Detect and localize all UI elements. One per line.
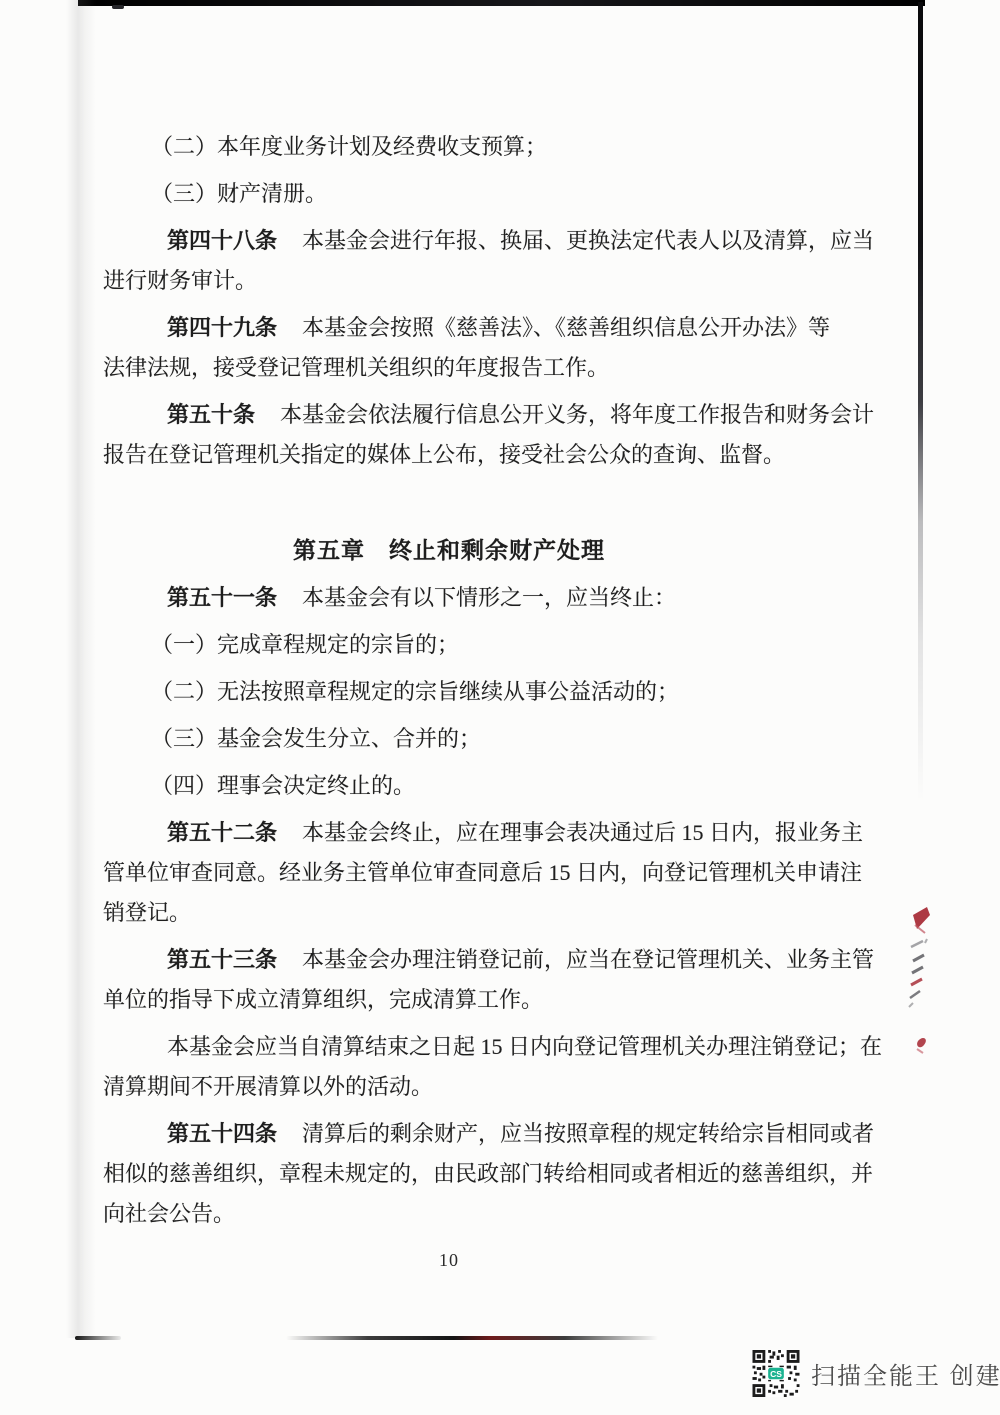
wrapped-line: 进行财务审计。	[103, 261, 795, 301]
scan-edge-bottom-mid	[286, 1336, 658, 1340]
wrapped-line: 向社会公告。	[103, 1194, 795, 1234]
article-line: 第四十九条本基金会按照《慈善法》、《慈善组织信息公开办法》等	[103, 308, 795, 348]
list-item-line: （三）财产清册。	[103, 174, 795, 214]
article-number: 第五十条	[167, 402, 255, 427]
red-stamp-fragment-icon	[903, 903, 933, 1058]
article-number: 第四十九条	[167, 315, 277, 340]
article-number: 第五十二条	[167, 820, 277, 845]
list-item-line: （一）完成章程规定的宗旨的；	[103, 625, 795, 665]
article-number: 第五十一条	[167, 585, 277, 610]
wrapped-line: 报告在登记管理机关指定的媒体上公布，接受社会公众的查询、监督。	[103, 435, 795, 475]
chapter-heading: 第五章 终止和剩余财产处理	[103, 531, 795, 571]
watermark: CS 扫描全能王 创建	[752, 1350, 1000, 1397]
article-line: 第四十八条本基金会进行年报、换届、更换法定代表人以及清算，应当	[103, 221, 795, 261]
scan-edge-top	[78, 0, 925, 6]
list-item-line: （四）理事会决定终止的。	[103, 766, 795, 806]
wrapped-line: 相似的慈善组织，章程未规定的，由民政部门转给相同或者相近的慈善组织，并	[103, 1154, 795, 1194]
page-left-crease	[66, 0, 96, 1338]
wrapped-line: 清算期间不开展清算以外的活动。	[103, 1067, 795, 1107]
scanned-document-page: （二）本年度业务计划及经费收支预算； （三）财产清册。 第四十八条本基金会进行年…	[0, 0, 1000, 1415]
list-item-line: （三）基金会发生分立、合并的；	[103, 719, 795, 759]
article-line: 第五十一条本基金会有以下情形之一，应当终止：	[103, 578, 795, 618]
scan-edge-right	[918, 2, 923, 802]
article-line: 第五十四条清算后的剩余财产，应当按照章程的规定转给宗旨相同或者	[103, 1114, 795, 1154]
article-number: 第五十四条	[167, 1121, 277, 1146]
document-body: （二）本年度业务计划及经费收支预算； （三）财产清册。 第四十八条本基金会进行年…	[103, 120, 795, 1271]
page-number: 10	[103, 1250, 795, 1271]
wrapped-line: 单位的指导下成立清算组织，完成清算工作。	[103, 980, 795, 1020]
list-item-line: （二）本年度业务计划及经费收支预算；	[103, 127, 795, 167]
watermark-text: 扫描全能王 创建	[811, 1356, 1000, 1391]
wrapped-line: 管单位审查同意。经业务主管单位审查同意后 15 日内，向登记管理机关申请注	[103, 853, 795, 893]
list-item-line: （二）无法按照章程规定的宗旨继续从事公益活动的；	[103, 672, 795, 712]
article-line: 第五十三条本基金会办理注销登记前，应当在登记管理机关、业务主管	[103, 940, 795, 980]
article-line: 第五十二条本基金会终止，应在理事会表决通过后 15 日内，报业务主	[103, 813, 795, 853]
wrapped-line: 销登记。	[103, 893, 795, 933]
camscanner-qr-icon: CS	[752, 1350, 800, 1397]
wrapped-line: 法律法规，接受登记管理机关组织的年度报告工作。	[103, 348, 795, 388]
scan-edge-bottom-left	[75, 1336, 121, 1340]
article-number: 第五十三条	[167, 947, 277, 972]
paragraph-start-line: 本基金会应当自清算结束之日起 15 日内向登记管理机关办理注销登记；在	[103, 1027, 795, 1067]
article-line: 第五十条本基金会依法履行信息公开义务，将年度工作报告和财务会计	[103, 395, 795, 435]
svg-text:CS: CS	[770, 1369, 782, 1379]
article-number: 第四十八条	[167, 228, 277, 253]
